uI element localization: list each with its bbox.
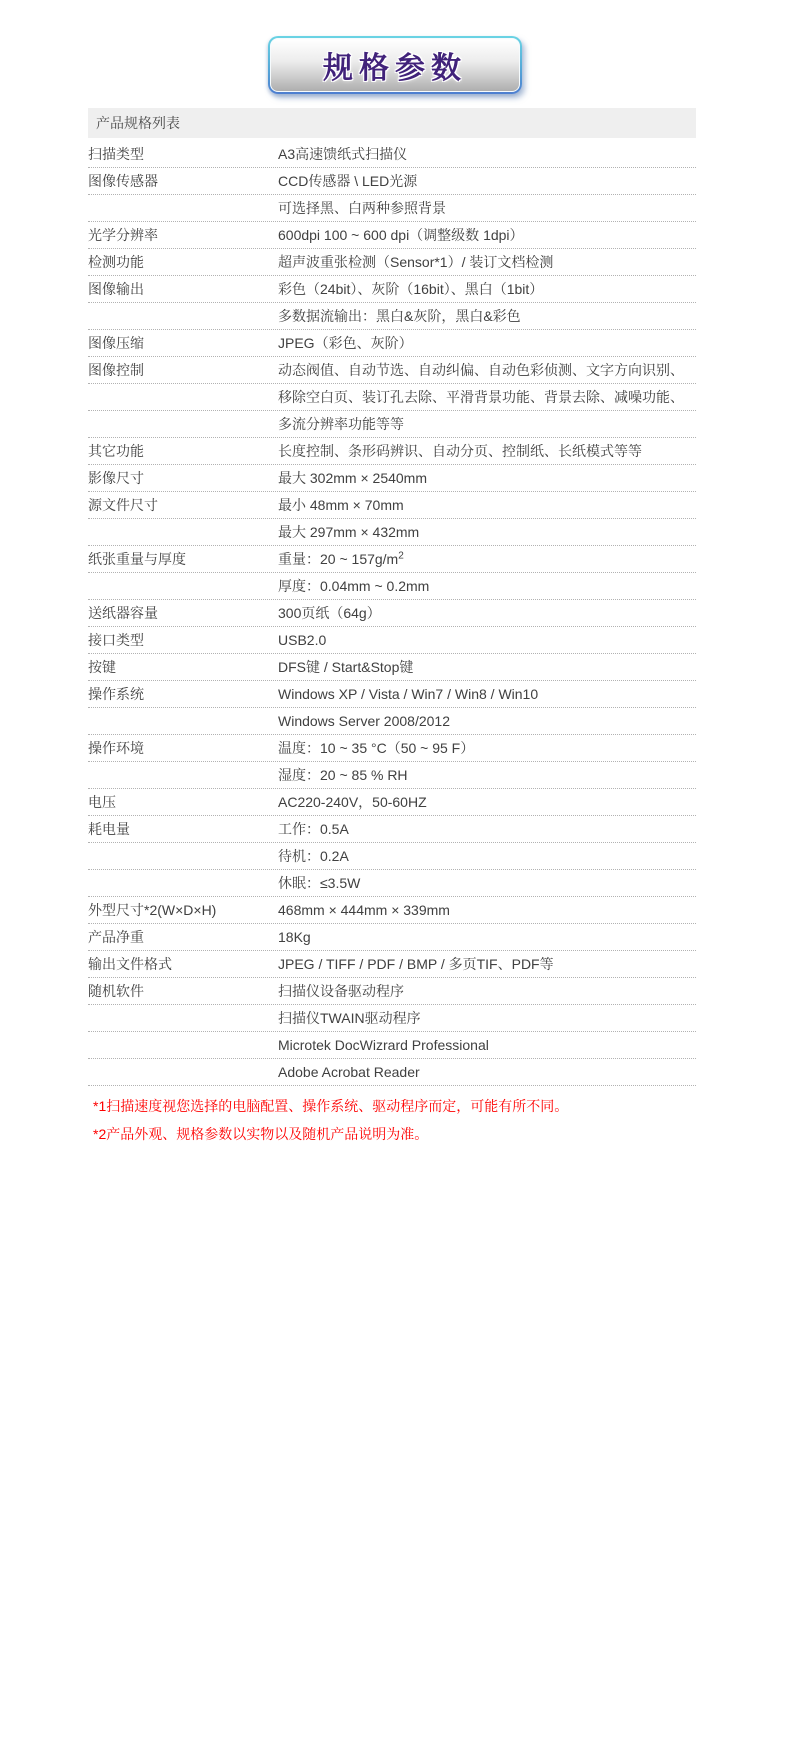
spec-label: 外型尺寸*2(W×D×H) xyxy=(88,897,278,923)
spec-label: 图像输出 xyxy=(88,276,278,302)
spec-label: 图像控制 xyxy=(88,357,278,383)
spec-value: 扫描仪TWAIN驱动程序 xyxy=(278,1005,696,1031)
spec-value-text: 休眠：≤3.5W xyxy=(278,875,360,891)
page-title: 规格参数 xyxy=(323,43,467,87)
spec-value: 彩色（24bit）、灰阶（16bit）、黑白（1bit） xyxy=(278,276,696,302)
spec-label xyxy=(88,762,278,788)
spec-label xyxy=(88,384,278,410)
spec-value-text: A3高速馈纸式扫描仪 xyxy=(278,146,407,162)
spec-row: 操作系统Windows XP / Vista / Win7 / Win8 / W… xyxy=(88,681,696,708)
spec-value-text: 300页纸（64g） xyxy=(278,605,381,621)
spec-value-text: 湿度：20 ~ 85 % RH xyxy=(278,767,408,783)
spec-value: 重量：20 ~ 157g/m2 xyxy=(278,546,696,572)
spec-value-text: 最大 302mm × 2540mm xyxy=(278,470,427,486)
spec-label xyxy=(88,573,278,599)
spec-value-text: 动态阀值、自动节选、自动纠偏、自动色彩侦测、文字方向识别、 xyxy=(278,362,684,378)
spec-value: AC220-240V，50-60HZ xyxy=(278,789,696,815)
spec-label: 接口类型 xyxy=(88,627,278,653)
spec-row: 纸张重量与厚度重量：20 ~ 157g/m2 xyxy=(88,546,696,573)
spec-value: Microtek DocWizrard Professional xyxy=(278,1032,696,1058)
spec-value: 动态阀值、自动节选、自动纠偏、自动色彩侦测、文字方向识别、 xyxy=(278,357,696,383)
spec-row: 随机软件扫描仪设备驱动程序 xyxy=(88,978,696,1005)
spec-label: 耗电量 xyxy=(88,816,278,842)
spec-row: 产品净重18Kg xyxy=(88,924,696,951)
spec-value-text: 最小 48mm × 70mm xyxy=(278,497,404,513)
spec-value-text: Adobe Acrobat Reader xyxy=(278,1064,420,1080)
spec-label: 操作环境 xyxy=(88,735,278,761)
spec-value: 多数据流输出：黑白&灰阶，黑白&彩色 xyxy=(278,303,696,329)
spec-value-text: 扫描仪设备驱动程序 xyxy=(278,983,404,999)
spec-value-text: Windows XP / Vista / Win7 / Win8 / Win10 xyxy=(278,686,538,702)
spec-value: CCD传感器 \ LED光源 xyxy=(278,168,696,194)
spec-value-text: 最大 297mm × 432mm xyxy=(278,524,419,540)
footnote: *2产品外观、规格参数以实物以及随机产品说明为准。 xyxy=(93,1120,790,1148)
spec-row: Adobe Acrobat Reader xyxy=(88,1059,696,1086)
spec-value: A3高速馈纸式扫描仪 xyxy=(278,141,696,167)
spec-label xyxy=(88,411,278,437)
spec-value-text: CCD传感器 \ LED光源 xyxy=(278,173,417,189)
spec-value-text: 扫描仪TWAIN驱动程序 xyxy=(278,1010,421,1026)
spec-value-text: USB2.0 xyxy=(278,632,326,648)
spec-row: 外型尺寸*2(W×D×H)468mm × 444mm × 339mm xyxy=(88,897,696,924)
spec-label: 产品净重 xyxy=(88,924,278,950)
spec-row: 源文件尺寸最小 48mm × 70mm xyxy=(88,492,696,519)
spec-value-text: 移除空白页、装订孔去除、平滑背景功能、背景去除、减噪功能、 xyxy=(278,389,684,405)
spec-value: Windows XP / Vista / Win7 / Win8 / Win10 xyxy=(278,681,696,707)
spec-value-text: 温度：10 ~ 35 °C（50 ~ 95 F） xyxy=(278,740,474,756)
spec-row: 多流分辨率功能等等 xyxy=(88,411,696,438)
spec-value-text: AC220-240V，50-60HZ xyxy=(278,794,427,810)
spec-row: 检测功能超声波重张检测（Sensor*1）/ 装订文档检测 xyxy=(88,249,696,276)
spec-row: Microtek DocWizrard Professional xyxy=(88,1032,696,1059)
spec-value: 超声波重张检测（Sensor*1）/ 装订文档检测 xyxy=(278,249,696,275)
spec-value: 600dpi 100 ~ 600 dpi（调整级数 1dpi） xyxy=(278,222,696,248)
spec-value: 扫描仪设备驱动程序 xyxy=(278,978,696,1004)
spec-row: 可选择黑、白两种参照背景 xyxy=(88,195,696,222)
spec-value-text: 重量：20 ~ 157g/m xyxy=(278,551,398,567)
spec-label xyxy=(88,708,278,734)
spec-label: 影像尺寸 xyxy=(88,465,278,491)
spec-value-text: 18Kg xyxy=(278,929,311,945)
spec-row: 厚度：0.04mm ~ 0.2mm xyxy=(88,573,696,600)
spec-row: 扫描仪TWAIN驱动程序 xyxy=(88,1005,696,1032)
spec-label: 源文件尺寸 xyxy=(88,492,278,518)
spec-row: 送纸器容量300页纸（64g） xyxy=(88,600,696,627)
spec-label xyxy=(88,1032,278,1058)
spec-row: 接口类型USB2.0 xyxy=(88,627,696,654)
spec-value: 18Kg xyxy=(278,924,696,950)
spec-value: 可选择黑、白两种参照背景 xyxy=(278,195,696,221)
spec-row: 图像控制动态阀值、自动节选、自动纠偏、自动色彩侦测、文字方向识别、 xyxy=(88,357,696,384)
spec-value: 300页纸（64g） xyxy=(278,600,696,626)
spec-title-badge-face: 规格参数 xyxy=(270,38,520,92)
spec-row: Windows Server 2008/2012 xyxy=(88,708,696,735)
spec-value-text: 多数据流输出：黑白&灰阶，黑白&彩色 xyxy=(278,308,521,324)
spec-label: 检测功能 xyxy=(88,249,278,275)
spec-value: 多流分辨率功能等等 xyxy=(278,411,696,437)
spec-value: 最大 297mm × 432mm xyxy=(278,519,696,545)
spec-row: 耗电量工作：0.5A xyxy=(88,816,696,843)
spec-label xyxy=(88,1005,278,1031)
spec-value-text: 600dpi 100 ~ 600 dpi（调整级数 1dpi） xyxy=(278,227,524,243)
spec-value: 移除空白页、装订孔去除、平滑背景功能、背景去除、减噪功能、 xyxy=(278,384,696,410)
spec-label xyxy=(88,1059,278,1085)
spec-value: Adobe Acrobat Reader xyxy=(278,1059,696,1085)
spec-value: 最小 48mm × 70mm xyxy=(278,492,696,518)
spec-label: 送纸器容量 xyxy=(88,600,278,626)
spec-label xyxy=(88,519,278,545)
spec-row: 影像尺寸最大 302mm × 2540mm xyxy=(88,465,696,492)
spec-table: 产品规格列表 扫描类型A3高速馈纸式扫描仪图像传感器CCD传感器 \ LED光源… xyxy=(88,108,696,1086)
spec-label: 操作系统 xyxy=(88,681,278,707)
spec-value: 温度：10 ~ 35 °C（50 ~ 95 F） xyxy=(278,735,696,761)
spec-row: 多数据流输出：黑白&灰阶，黑白&彩色 xyxy=(88,303,696,330)
spec-value-text: Windows Server 2008/2012 xyxy=(278,713,450,729)
spec-row: 湿度：20 ~ 85 % RH xyxy=(88,762,696,789)
spec-row: 最大 297mm × 432mm xyxy=(88,519,696,546)
spec-value: JPEG（彩色、灰阶） xyxy=(278,330,696,356)
spec-value: 湿度：20 ~ 85 % RH xyxy=(278,762,696,788)
spec-value-text: 多流分辨率功能等等 xyxy=(278,416,404,432)
spec-label xyxy=(88,870,278,896)
spec-value: 长度控制、条形码辨识、自动分页、控制纸、长纸模式等等 xyxy=(278,438,696,464)
spec-rows: 扫描类型A3高速馈纸式扫描仪图像传感器CCD传感器 \ LED光源可选择黑、白两… xyxy=(88,141,696,1086)
spec-value: USB2.0 xyxy=(278,627,696,653)
spec-value-text: 可选择黑、白两种参照背景 xyxy=(278,200,446,216)
spec-value-text: JPEG（彩色、灰阶） xyxy=(278,335,413,351)
spec-row: 扫描类型A3高速馈纸式扫描仪 xyxy=(88,141,696,168)
spec-row: 按键DFS键 / Start&Stop键 xyxy=(88,654,696,681)
spec-label: 图像压缩 xyxy=(88,330,278,356)
spec-row: 图像输出彩色（24bit）、灰阶（16bit）、黑白（1bit） xyxy=(88,276,696,303)
spec-row: 其它功能长度控制、条形码辨识、自动分页、控制纸、长纸模式等等 xyxy=(88,438,696,465)
spec-row: 待机：0.2A xyxy=(88,843,696,870)
spec-label: 按键 xyxy=(88,654,278,680)
spec-value-text: 厚度：0.04mm ~ 0.2mm xyxy=(278,578,429,594)
spec-row: 图像传感器CCD传感器 \ LED光源 xyxy=(88,168,696,195)
spec-value: 468mm × 444mm × 339mm xyxy=(278,897,696,923)
footnote: *1扫描速度视您选择的电脑配置、操作系统、驱动程序而定，可能有所不同。 xyxy=(93,1092,790,1120)
spec-value-text: 长度控制、条形码辨识、自动分页、控制纸、长纸模式等等 xyxy=(278,443,642,459)
spec-label xyxy=(88,303,278,329)
spec-label: 电压 xyxy=(88,789,278,815)
spec-value: 厚度：0.04mm ~ 0.2mm xyxy=(278,573,696,599)
spec-value-text: Microtek DocWizrard Professional xyxy=(278,1037,489,1053)
spec-label: 随机软件 xyxy=(88,978,278,1004)
table-header: 产品规格列表 xyxy=(88,108,696,138)
spec-row: 移除空白页、装订孔去除、平滑背景功能、背景去除、减噪功能、 xyxy=(88,384,696,411)
footnotes: *1扫描速度视您选择的电脑配置、操作系统、驱动程序而定，可能有所不同。 *2产品… xyxy=(93,1092,790,1148)
spec-value-text: 工作：0.5A xyxy=(278,821,349,837)
spec-label: 图像传感器 xyxy=(88,168,278,194)
spec-value-text: 待机：0.2A xyxy=(278,848,349,864)
spec-value: JPEG / TIFF / PDF / BMP / 多页TIF、PDF等 xyxy=(278,951,696,977)
spec-row: 图像压缩JPEG（彩色、灰阶） xyxy=(88,330,696,357)
spec-label xyxy=(88,843,278,869)
spec-label xyxy=(88,195,278,221)
spec-value-sup: 2 xyxy=(398,550,404,561)
spec-row: 电压AC220-240V，50-60HZ xyxy=(88,789,696,816)
spec-value-text: 超声波重张检测（Sensor*1）/ 装订文档检测 xyxy=(278,254,553,270)
spec-label: 其它功能 xyxy=(88,438,278,464)
spec-label: 纸张重量与厚度 xyxy=(88,546,278,572)
spec-value: 工作：0.5A xyxy=(278,816,696,842)
spec-label: 光学分辨率 xyxy=(88,222,278,248)
spec-value-text: JPEG / TIFF / PDF / BMP / 多页TIF、PDF等 xyxy=(278,956,554,972)
spec-value: Windows Server 2008/2012 xyxy=(278,708,696,734)
spec-row: 操作环境温度：10 ~ 35 °C（50 ~ 95 F） xyxy=(88,735,696,762)
spec-value: 最大 302mm × 2540mm xyxy=(278,465,696,491)
spec-row: 光学分辨率600dpi 100 ~ 600 dpi（调整级数 1dpi） xyxy=(88,222,696,249)
spec-row: 休眠：≤3.5W xyxy=(88,870,696,897)
spec-value-text: 彩色（24bit）、灰阶（16bit）、黑白（1bit） xyxy=(278,281,543,297)
spec-title-badge: 规格参数 xyxy=(268,36,522,94)
spec-value-text: DFS键 / Start&Stop键 xyxy=(278,659,413,675)
spec-row: 输出文件格式JPEG / TIFF / PDF / BMP / 多页TIF、PD… xyxy=(88,951,696,978)
spec-value: DFS键 / Start&Stop键 xyxy=(278,654,696,680)
spec-value: 待机：0.2A xyxy=(278,843,696,869)
spec-value-text: 468mm × 444mm × 339mm xyxy=(278,902,450,918)
spec-value: 休眠：≤3.5W xyxy=(278,870,696,896)
spec-label: 输出文件格式 xyxy=(88,951,278,977)
spec-label: 扫描类型 xyxy=(88,141,278,167)
